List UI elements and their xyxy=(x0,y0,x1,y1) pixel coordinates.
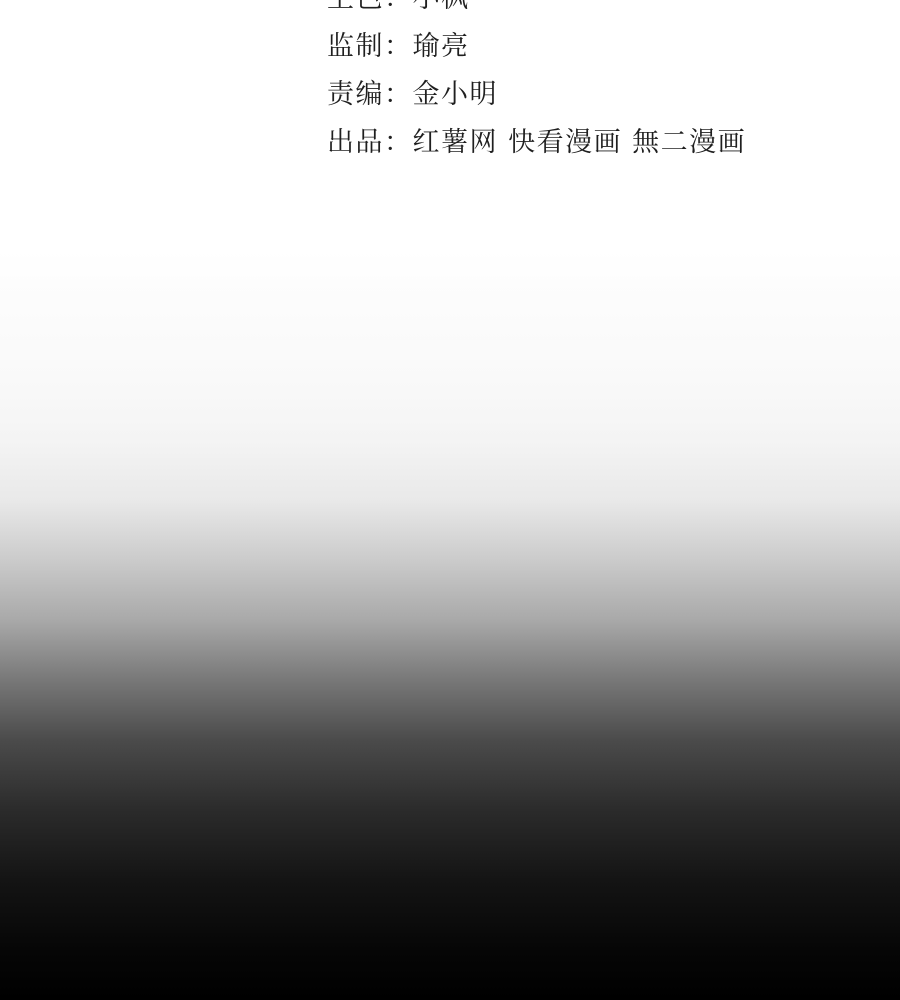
credit-line-editor: 责编：金小明 xyxy=(327,71,746,119)
credit-line-publisher: 出品：红薯网 快看漫画 無二漫画 xyxy=(327,119,746,167)
comic-page: 上色：小枫 监制：瑜亮 责编：金小明 出品：红薯网 快看漫画 無二漫画 xyxy=(0,0,900,1000)
credit-line-supervisor: 监制：瑜亮 xyxy=(327,23,746,71)
credits-block: 上色：小枫 监制：瑜亮 责编：金小明 出品：红薯网 快看漫画 無二漫画 xyxy=(327,0,746,167)
credit-line-coloring: 上色：小枫 xyxy=(327,0,746,23)
